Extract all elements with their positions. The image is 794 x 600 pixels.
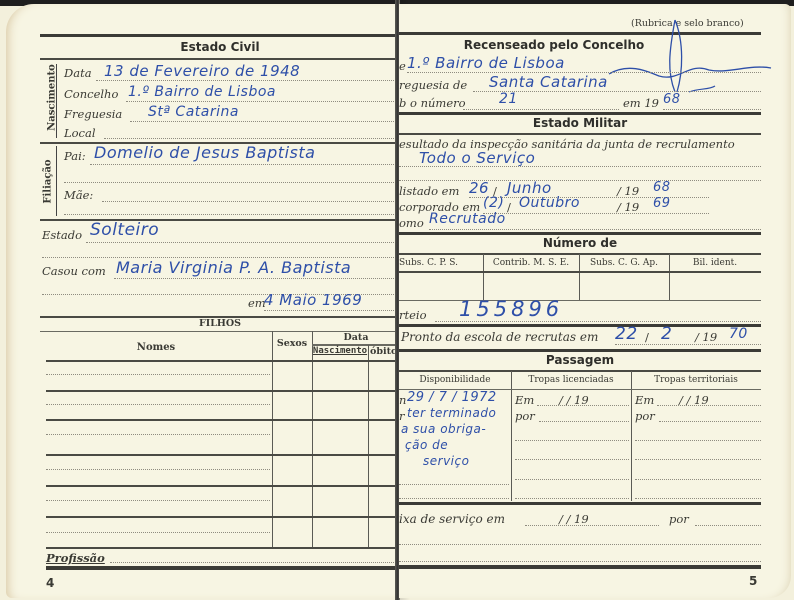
alistado-label: listado em: [399, 184, 459, 198]
recenseado-year-value[interactable]: 68: [663, 92, 681, 107]
divider: [40, 34, 397, 37]
subs-cgap-header: Subs. C. G. Ap.: [579, 258, 669, 268]
territoriais-por-line[interactable]: [659, 421, 761, 422]
filiacao-side-label: Filiação: [43, 142, 54, 222]
local-line: [104, 138, 397, 139]
resultado-line: [399, 166, 761, 167]
table-row-divider: [46, 390, 397, 392]
territoriais-em-label: Em: [635, 393, 654, 407]
concelho-label: Concelho: [64, 87, 118, 101]
casou-line: [114, 278, 397, 279]
nascimento-brace: [56, 64, 57, 138]
divider: [399, 271, 761, 273]
table-row-divider: [46, 485, 397, 487]
baixa-label: ixa de serviço em: [399, 512, 505, 526]
data-value[interactable]: 13 de Fevereiro de 1948: [104, 62, 300, 80]
licenciadas-line: [515, 498, 629, 499]
data-label: Data: [64, 66, 92, 80]
licenciadas-line: [515, 459, 629, 460]
disponibilidade-line: [399, 484, 509, 485]
pai-value[interactable]: Domelio de Jesus Baptista: [94, 143, 315, 162]
tropas-licenciadas-header: Tropas licenciadas: [511, 375, 631, 385]
table-row[interactable]: [46, 404, 270, 405]
divider: [399, 133, 761, 135]
licenciadas-por-label: por: [515, 409, 535, 423]
territoriais-line: [635, 440, 761, 441]
disponibilidade-date[interactable]: 29 / 7 / 1972: [407, 390, 497, 405]
table-row-divider: [46, 419, 397, 421]
estado-civil-heading: Estado Civil: [40, 40, 397, 54]
divider: [399, 370, 761, 372]
table-row-divider: [46, 454, 397, 456]
pronto-line: [615, 344, 761, 345]
pai-line: [90, 164, 397, 165]
mae-line: [102, 201, 397, 202]
alistado-line: [469, 197, 709, 198]
estado-value[interactable]: Solteiro: [90, 220, 159, 240]
divider: [399, 253, 761, 255]
incorporado-year[interactable]: 69: [653, 196, 671, 211]
resultado-line-2: [399, 180, 761, 181]
numero-label: b o número: [399, 96, 466, 110]
divider: [46, 566, 397, 570]
incorporado-month[interactable]: Outubro: [519, 195, 580, 211]
sorteio-value[interactable]: 155896: [459, 297, 563, 321]
sexos-column-header: Sexos: [272, 338, 312, 349]
alistado-year[interactable]: 68: [653, 180, 671, 195]
local-label: Local: [64, 126, 96, 140]
territoriais-line: [635, 479, 761, 480]
baixa-date-line[interactable]: [525, 525, 659, 526]
baixa-line: [399, 544, 761, 545]
disponibilidade-por-prefix: r: [399, 409, 405, 423]
disponibilidade-reason-line-1[interactable]: ter terminado: [407, 406, 496, 420]
mae-label: Mãe:: [64, 188, 93, 202]
como-label: omo: [399, 216, 424, 230]
data-line: [96, 80, 397, 81]
territoriais-por-label: por: [635, 409, 655, 423]
table-row[interactable]: [46, 469, 270, 470]
territoriais-line: [635, 498, 761, 499]
subs-cps-header: Subs. C. P. S.: [399, 258, 481, 268]
mae-line-2: [64, 214, 397, 215]
open-booklet: Estado Civil Nascimento Data 13 de Fever…: [0, 0, 794, 600]
right-page: (Rubrica e selo branco) Recenseado pelo …: [399, 4, 791, 598]
recenseado-freguesia-value[interactable]: Santa Catarina: [489, 73, 608, 91]
em-line: [663, 109, 761, 110]
resultado-value[interactable]: Todo o Serviço: [419, 149, 535, 167]
disponibilidade-em-prefix: n: [399, 393, 406, 407]
sorteio-line: [435, 321, 761, 322]
recenseado-numero-value[interactable]: 21: [499, 91, 518, 107]
tropas-territoriais-header: Tropas territoriais: [631, 375, 761, 385]
divider: [399, 112, 761, 115]
casamento-date-value[interactable]: 4 Maio 1969: [264, 291, 362, 309]
em-line: [264, 310, 397, 311]
pronto-label: Pronto da escola de recrutas em: [401, 330, 598, 344]
como-line: [429, 229, 761, 230]
table-vline: [631, 371, 632, 501]
licenciadas-em-label: Em: [515, 393, 534, 407]
nascimento-column-header: Nascimento: [312, 346, 368, 356]
divider: [40, 58, 397, 60]
numero-de-heading: Número de: [399, 236, 761, 250]
freguesia-label: Freguesia: [64, 107, 122, 121]
passagem-heading: Passagem: [399, 353, 761, 367]
signature-icon: [589, 12, 779, 102]
disponibilidade-reason-line-2[interactable]: a sua obriga-: [401, 422, 486, 436]
obito-column-header: óbito: [370, 346, 397, 357]
slash: /: [645, 330, 649, 344]
disponibilidade-reason-line-4[interactable]: serviço: [423, 454, 469, 468]
table-row-divider: [46, 516, 397, 518]
licenciadas-date-line[interactable]: [537, 405, 629, 406]
pronto-month[interactable]: 2: [661, 324, 672, 344]
freguesia-line: [130, 121, 397, 122]
table-row[interactable]: [46, 374, 270, 375]
data-column-header: Data: [312, 332, 397, 343]
profissao-label: Profissão: [46, 551, 105, 565]
licenciadas-line: [515, 440, 629, 441]
baixa-por-line[interactable]: [695, 525, 761, 526]
page-number-right: 5: [749, 574, 757, 588]
recenseado-em-label: em 19: [623, 96, 659, 110]
concelho-line: [126, 101, 397, 102]
incorporado-line: [483, 213, 709, 214]
profissao-line[interactable]: [110, 562, 397, 563]
table-row[interactable]: [46, 434, 270, 435]
freguesia-value[interactable]: Stª Catarina: [148, 104, 239, 120]
casou-value[interactable]: Maria Virginia P. A. Baptista: [116, 258, 351, 277]
divider: [399, 232, 761, 235]
numero-line: [463, 109, 619, 110]
table-row-divider: [46, 547, 397, 549]
left-page: Estado Civil Nascimento Data 13 de Fever…: [6, 4, 397, 598]
baixa-line: [399, 561, 761, 562]
concelho-prefix: e: [399, 59, 406, 73]
sorteio-label: rteio: [399, 308, 427, 322]
table-row-divider: [46, 360, 397, 362]
territoriais-line: [635, 459, 761, 460]
pronto-day[interactable]: 22: [615, 324, 638, 344]
territoriais-date-line[interactable]: [657, 405, 761, 406]
baixa-por-label: por: [669, 512, 689, 526]
freguesia-label: reguesia de: [399, 78, 467, 92]
estado-label: Estado: [42, 228, 82, 242]
table-row[interactable]: [46, 500, 270, 501]
recenseado-concelho-value[interactable]: 1.º Bairro de Lisboa: [407, 54, 565, 72]
divider: [399, 324, 761, 327]
alistado-year-prefix: / 19: [617, 184, 639, 198]
contrib-mse-header: Contrib. M. S. E.: [483, 258, 579, 268]
filhos-heading: FILHOS: [40, 318, 397, 329]
filiacao-brace: [56, 146, 57, 216]
page-number-left: 4: [46, 576, 54, 590]
table-vline: [511, 371, 512, 501]
estado-militar-heading: Estado Militar: [399, 116, 761, 130]
pronto-year-prefix: / 19: [695, 330, 717, 344]
bil-ident-header: Bil. ident.: [669, 258, 761, 268]
divider: [399, 349, 761, 352]
table-row[interactable]: [46, 532, 270, 533]
divider: [399, 502, 761, 505]
licenciadas-line: [515, 479, 629, 480]
baixa-date-template: / / 19: [559, 512, 589, 526]
concelho-value[interactable]: 1.º Bairro de Lisboa: [128, 84, 276, 100]
divider: [399, 565, 761, 569]
casou-label: Casou com: [42, 264, 106, 278]
pai-label: Pai:: [64, 149, 86, 163]
divider: [399, 300, 761, 301]
licenciadas-por-line[interactable]: [539, 421, 629, 422]
disponibilidade-reason-line-3[interactable]: ção de: [405, 438, 448, 452]
slash: /: [507, 200, 511, 214]
incorporado-year-prefix: / 19: [617, 200, 639, 214]
estado-line: [86, 242, 397, 243]
como-value[interactable]: Recrutado: [429, 211, 506, 227]
incorporado-day[interactable]: (2): [483, 195, 504, 211]
pronto-year[interactable]: 70: [729, 326, 748, 342]
disponibilidade-header: Disponibilidade: [399, 375, 511, 385]
pai-line-2: [64, 182, 397, 183]
disponibilidade-line: [399, 498, 509, 499]
nomes-column-header: Nomes: [40, 342, 272, 353]
